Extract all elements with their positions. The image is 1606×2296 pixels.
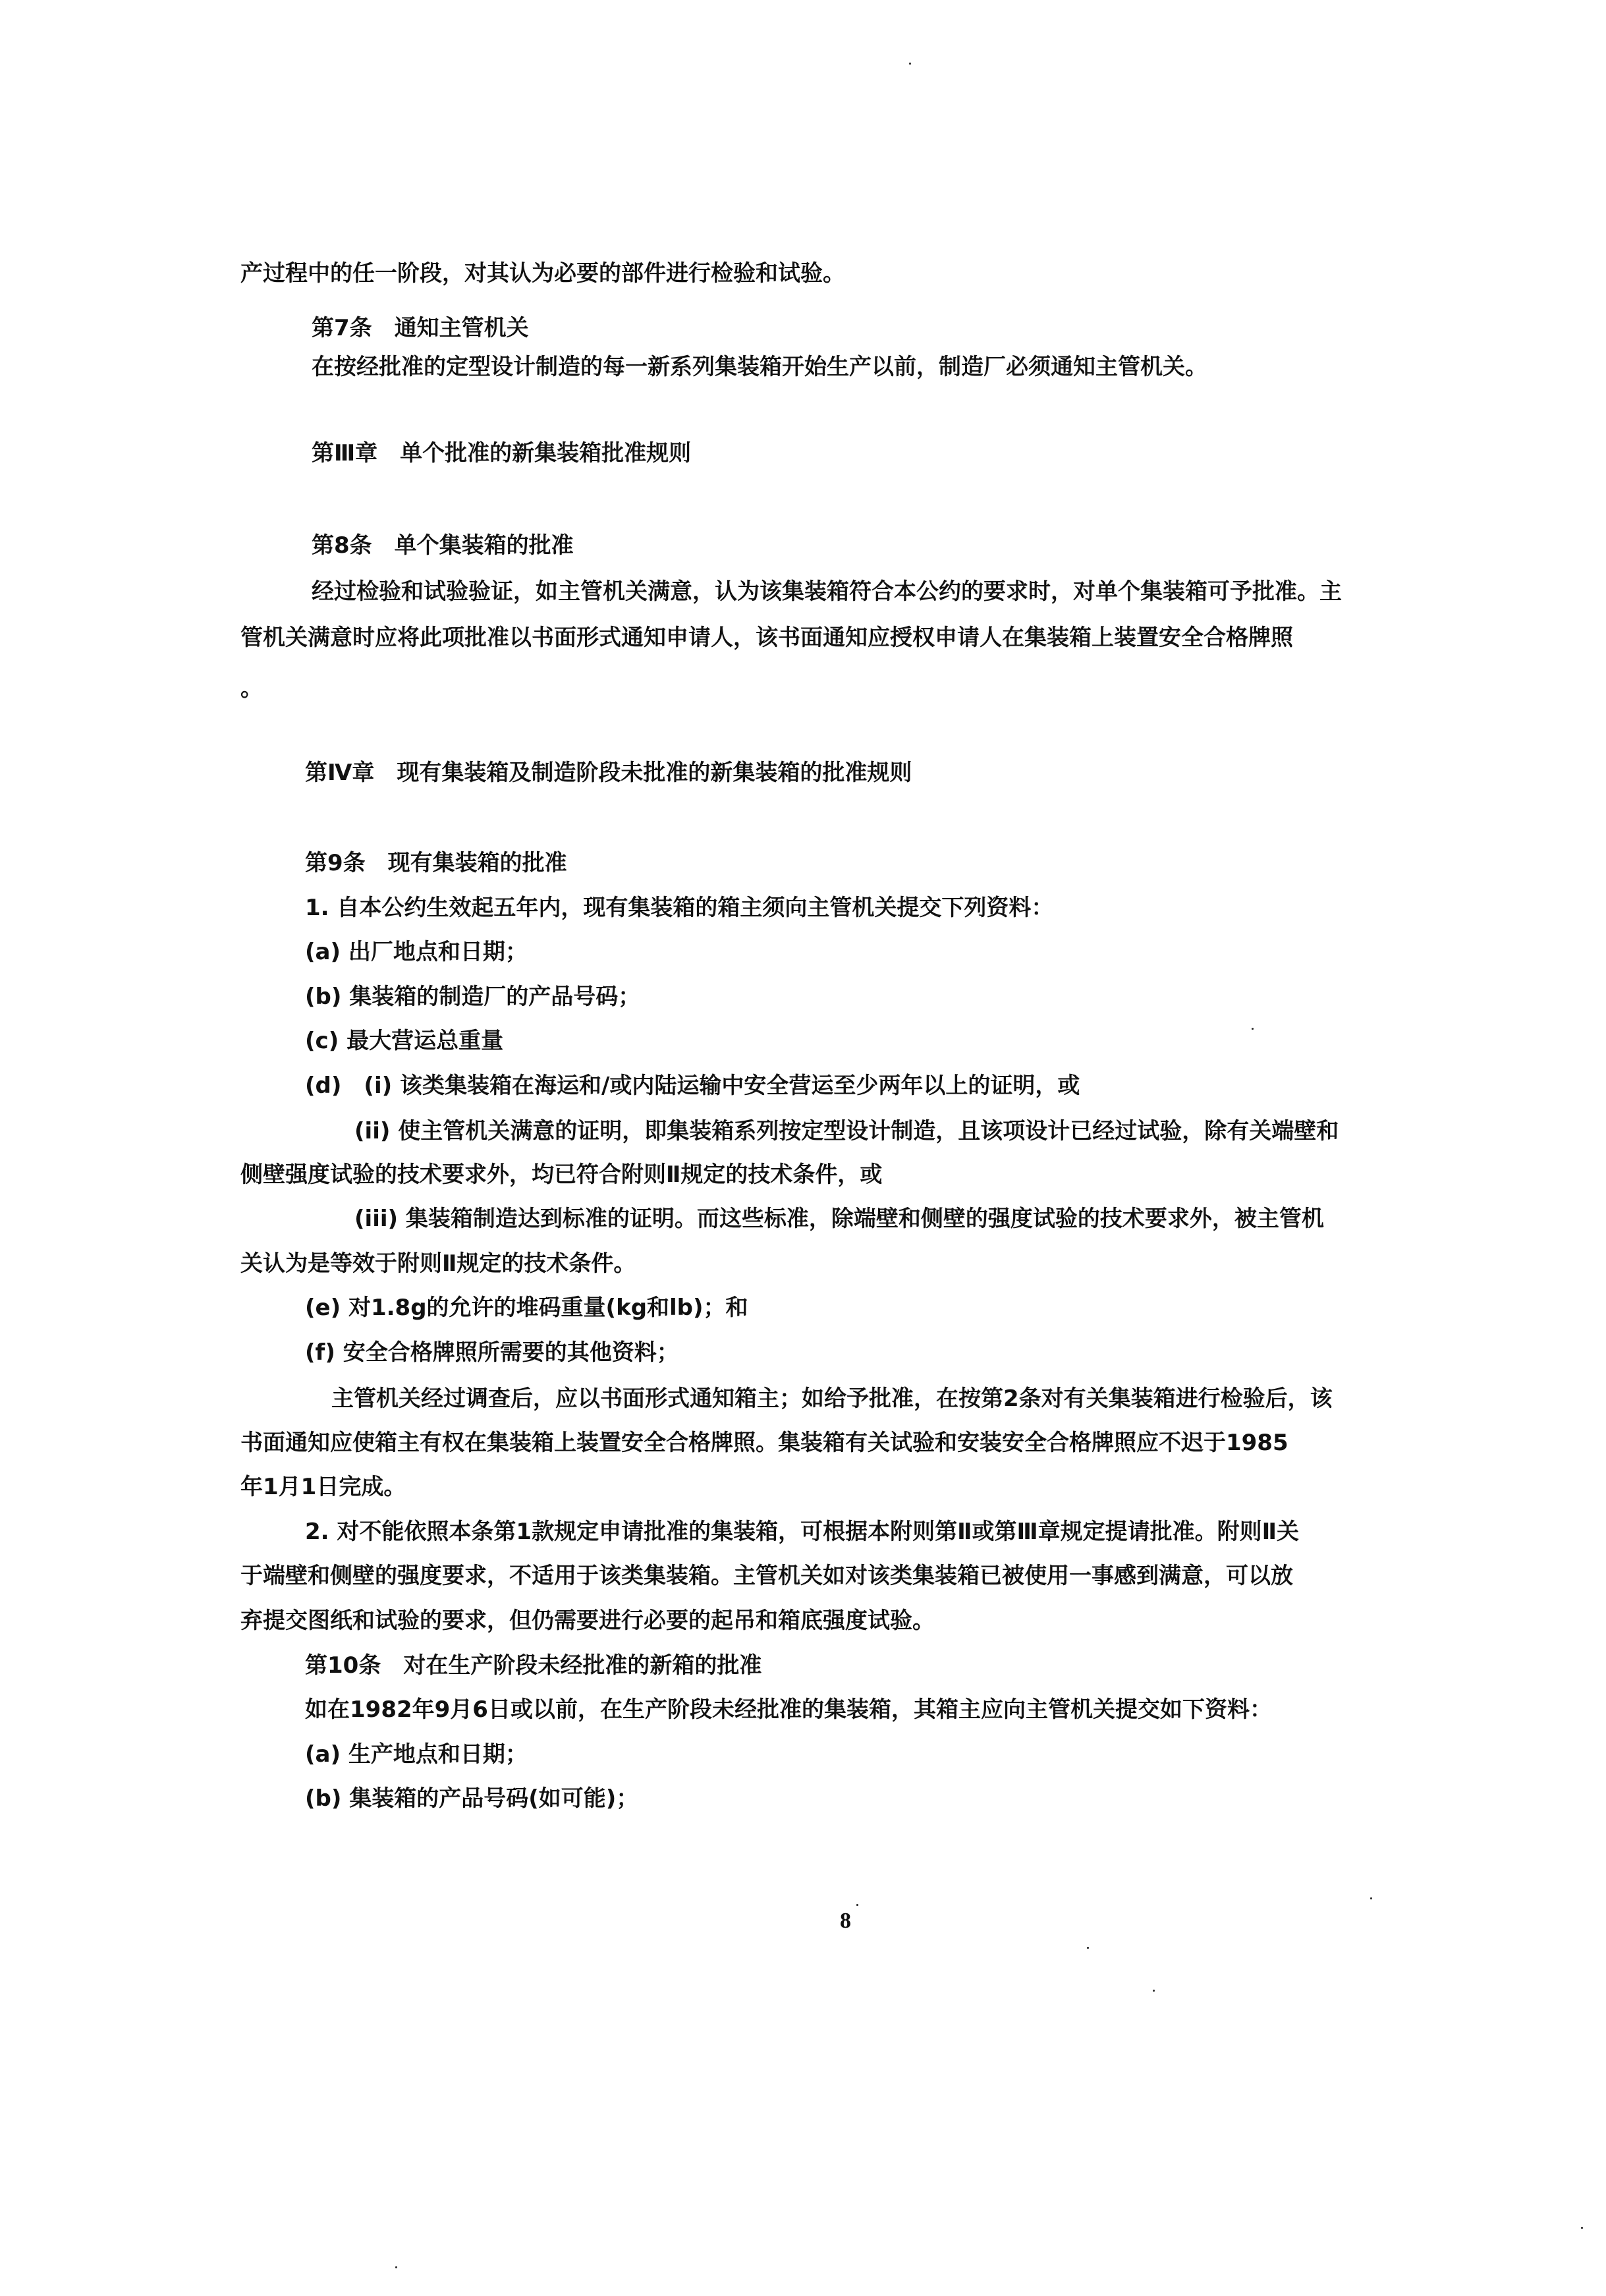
scan-speck — [1087, 1947, 1089, 1949]
scan-speck — [1370, 1897, 1372, 1899]
article-9-heading: 第9条 现有集装箱的批准 — [305, 850, 567, 876]
chapter-3-heading: 第Ⅲ章 单个批准的新集装箱批准规则 — [312, 440, 691, 466]
document-page: 产过程中的任一阶段，对其认为必要的部件进行检验和试验。 第7条 通知主管机关 在… — [0, 0, 1606, 2296]
paragraph-line: 如在1982年9月6日或以前，在生产阶段未经批准的集装箱，其箱主应向主管机关提交… — [305, 1696, 1272, 1723]
scan-speck — [909, 63, 911, 65]
scan-speck — [1581, 2227, 1583, 2229]
paragraph-line: 于端壁和侧壁的强度要求，不适用于该类集装箱。主管机关如对该类集装箱已被使用一事感… — [240, 1563, 1293, 1589]
list-item-e: (e) 对1.8g的允许的堆码重量(kg和lb)；和 — [305, 1295, 748, 1321]
paragraph-line: 。 — [240, 675, 263, 702]
paragraph-line: 书面通知应使箱主有权在集装箱上装置安全合格牌照。集装箱有关试验和安装安全合格牌照… — [240, 1430, 1288, 1456]
scan-speck — [856, 1904, 858, 1906]
paragraph-line: 年1月1日完成。 — [240, 1474, 406, 1500]
list-item-d-ii: (ii) 使主管机关满意的证明，即集装箱系列按定型设计制造，且该项设计已经过试验… — [354, 1118, 1339, 1144]
paragraph-line: 主管机关经过调查后，应以书面形式通知箱主；如给予批准，在按第2条对有关集装箱进行… — [331, 1386, 1333, 1412]
list-item-f: (f) 安全合格牌照所需要的其他资料； — [305, 1339, 679, 1366]
article-10-heading: 第10条 对在生产阶段未经批准的新箱的批准 — [305, 1652, 761, 1679]
list-item-b: (b) 集装箱的产品号码(如可能)； — [305, 1785, 638, 1812]
paragraph-line: 产过程中的任一阶段，对其认为必要的部件进行检验和试验。 — [240, 260, 1024, 287]
paragraph-line: 在按经批准的定型设计制造的每一新系列集装箱开始生产以前，制造厂必须通知主管机关。 — [312, 354, 1207, 380]
paragraph-line: 关认为是等效于附则Ⅱ规定的技术条件。 — [240, 1250, 636, 1277]
list-item-2: 2. 对不能依照本条第1款规定申请批准的集装箱，可根据本附则第Ⅱ或第Ⅲ章规定提请… — [305, 1519, 1299, 1545]
scan-speck — [1252, 1028, 1254, 1030]
article-7-heading: 第7条 通知主管机关 — [312, 315, 529, 341]
paragraph-line: 管机关满意时应将此项批准以书面形式通知申请人，该书面通知应授权申请人在集装箱上装… — [240, 625, 1293, 651]
list-item-a: (a) 出厂地点和日期； — [305, 939, 528, 965]
scan-speck — [1153, 1990, 1155, 1992]
list-item-b: (b) 集装箱的制造厂的产品号码； — [305, 984, 640, 1010]
list-item-c: (c) 最大营运总重量 — [305, 1028, 503, 1054]
list-item-1: 1. 自本公约生效起五年内，现有集装箱的箱主须向主管机关提交下列资料： — [305, 895, 1053, 921]
list-item-a: (a) 生产地点和日期； — [305, 1741, 528, 1768]
chapter-4-heading: 第Ⅳ章 现有集装箱及制造阶段未批准的新集装箱的批准规则 — [305, 760, 912, 786]
list-item-d-i: (d) (i) 该类集装箱在海运和/或内陆运输中安全营运至少两年以上的证明，或 — [305, 1073, 1080, 1099]
page-number: 8 — [840, 1909, 851, 1934]
list-item-d-iii: (iii) 集装箱制造达到标准的证明。而这些标准，除端壁和侧壁的强度试验的技术要… — [354, 1206, 1324, 1232]
paragraph-line: 经过检验和试验验证，如主管机关满意，认为该集装箱符合本公约的要求时，对单个集装箱… — [312, 578, 1342, 605]
article-8-heading: 第8条 单个集装箱的批准 — [312, 532, 574, 559]
scan-speck — [395, 2266, 397, 2268]
paragraph-line: 弃提交图纸和试验的要求，但仍需要进行必要的起吊和箱底强度试验。 — [240, 1608, 935, 1634]
paragraph-line: 侧壁强度试验的技术要求外，均已符合附则Ⅱ规定的技术条件，或 — [240, 1162, 882, 1188]
